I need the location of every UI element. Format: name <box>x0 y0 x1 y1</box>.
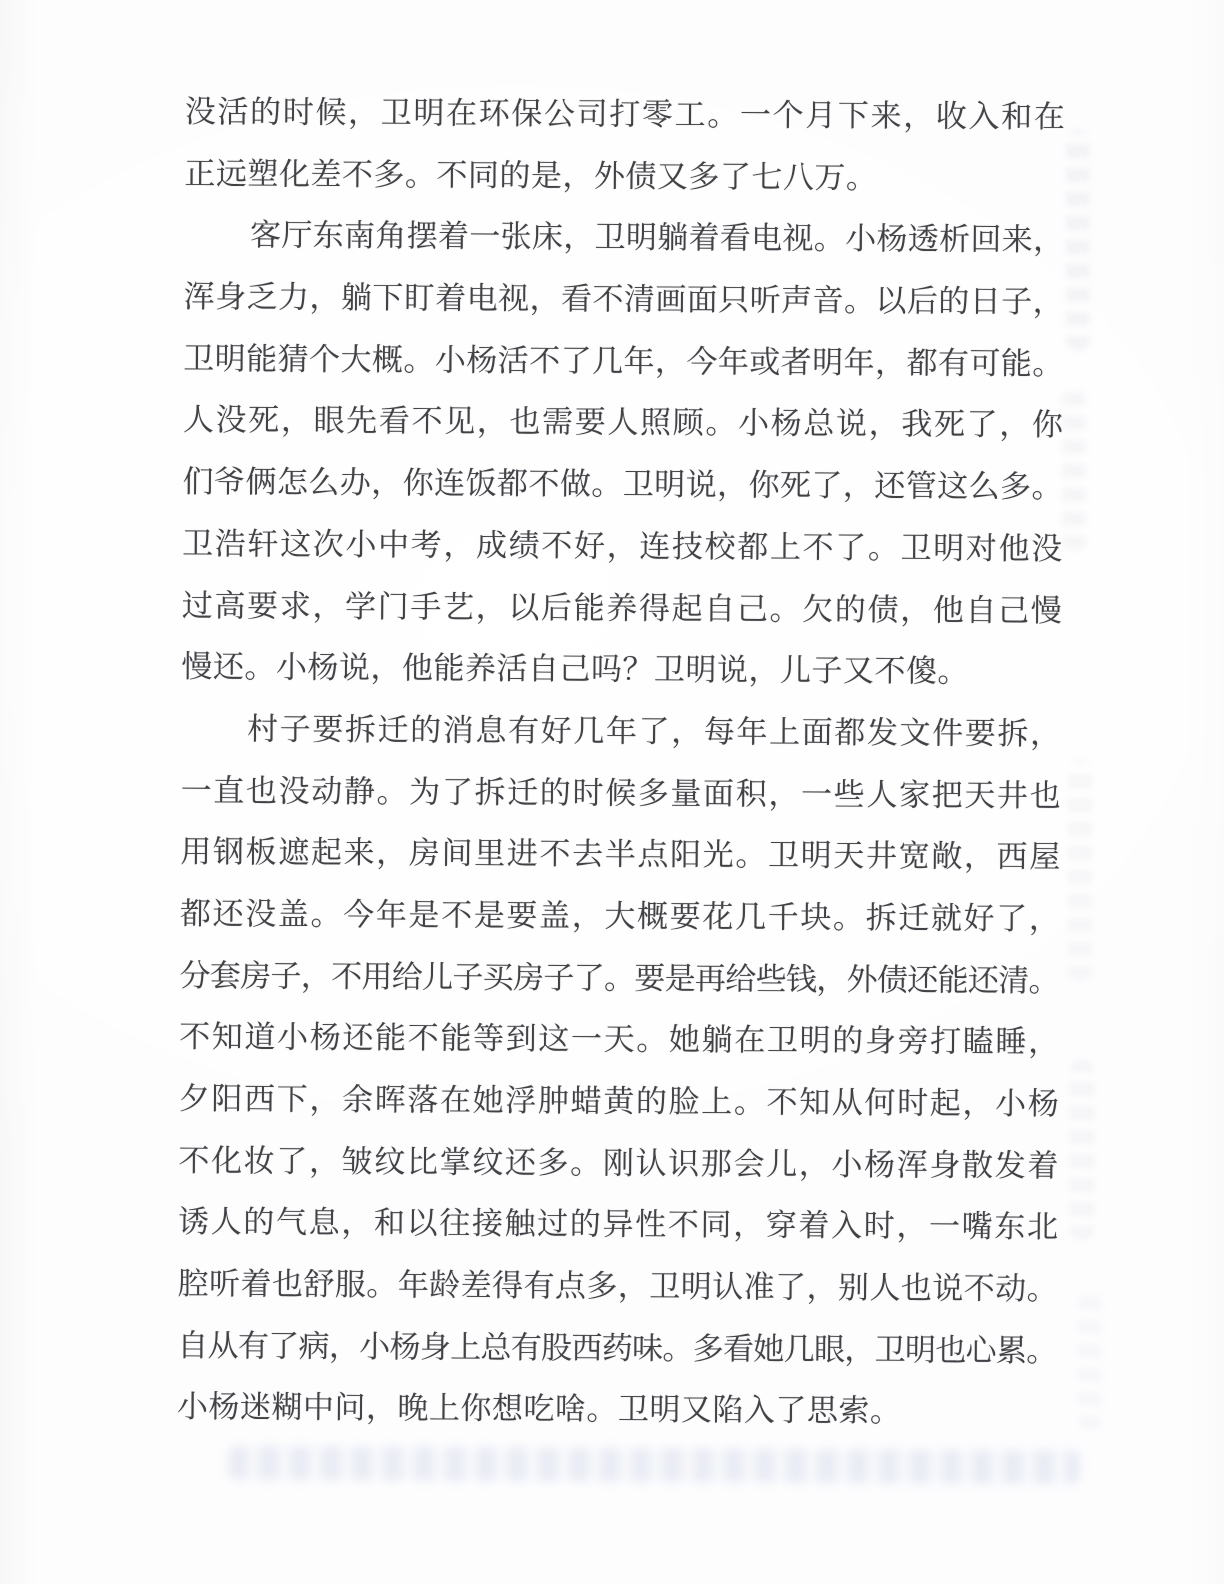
text-line: 浑身乏力，躺下盯着电视，看不清画面只听声音。以后的日子， <box>183 266 1063 333</box>
text-line: 一直也没动静。为了拆迁的时候多量面积，一些人家把天井也 <box>180 760 1060 827</box>
text-line: 都还没盖。今年是不是要盖，大概要花几千块。拆迁就好了， <box>180 883 1060 950</box>
bleed-through-mark <box>1070 1060 1094 1240</box>
text-line: 客厅东南角摆着一张床，卫明躺着看电视。小杨透析回来， <box>184 204 1064 271</box>
text-line: 自从有了病，小杨身上总有股西药味。多看她几眼，卫明也心累。 <box>177 1315 1057 1382</box>
text-line: 不知道小杨还能不能等到这一天。她躺在卫明的身旁打瞌睡， <box>179 1006 1059 1073</box>
text-line: 用钢板遮起来，房间里进不去半点阳光。卫明天井宽敞，西屋 <box>180 821 1060 888</box>
text-line: 过高要求，学门手艺，以后能养得起自己。欠的债，他自己慢 <box>182 574 1062 641</box>
text-line: 没活的时候，卫明在环保公司打零工。一个月下来，收入和在 <box>185 81 1065 148</box>
bleed-through-band <box>228 1446 1080 1484</box>
text-line: 正远塑化差不多。不同的是，外债又多了七八万。 <box>184 143 1064 210</box>
text-line: 夕阳西下，余晖落在她浮肿蜡黄的脸上。不知从何时起，小杨 <box>179 1068 1059 1135</box>
text-line: 慢还。小杨说，他能养活自己吗？卫明说，儿子又不傻。 <box>181 636 1061 703</box>
text-line: 卫浩轩这次小中考，成绩不好，连技校都上不了。卫明对他没 <box>182 513 1062 580</box>
text-line: 村子要拆迁的消息有好几年了，每年上面都发文件要拆， <box>181 698 1061 765</box>
text-line: 卫明能猜个大概。小杨活不了几年，今年或者明年，都有可能。 <box>183 328 1063 395</box>
book-page: 没活的时候，卫明在环保公司打零工。一个月下来，收入和在正远塑化差不多。不同的是，… <box>0 0 1224 1584</box>
bleed-through-mark <box>1066 130 1090 350</box>
bleed-through-mark <box>1078 1290 1102 1430</box>
bleed-through-mark <box>1068 760 1092 980</box>
bleed-through-mark <box>1062 390 1086 550</box>
text-line: 诱人的气息，和以往接触过的异性不同，穿着入时，一嘴东北 <box>178 1191 1058 1258</box>
text-line: 人没死，眼先看不见，也需要人照顾。小杨总说，我死了，你 <box>183 389 1063 456</box>
text-line: 不化妆了，皱纹比掌纹还多。刚认识那会儿，小杨浑身散发着 <box>178 1130 1058 1197</box>
text-line: 分套房子，不用给儿子买房子了。要是再给些钱，外债还能还清。 <box>179 945 1059 1012</box>
page-text: 没活的时候，卫明在环保公司打零工。一个月下来，收入和在正远塑化差不多。不同的是，… <box>177 81 1065 1443</box>
text-line: 腔听着也舒服。年龄差得有点多，卫明认准了，别人也说不动。 <box>177 1253 1057 1320</box>
text-line: 们爷俩怎么办，你连饭都不做。卫明说，你死了，还管这么多。 <box>182 451 1062 518</box>
text-line: 小杨迷糊中问，晚上你想吃啥。卫明又陷入了思索。 <box>177 1376 1057 1443</box>
